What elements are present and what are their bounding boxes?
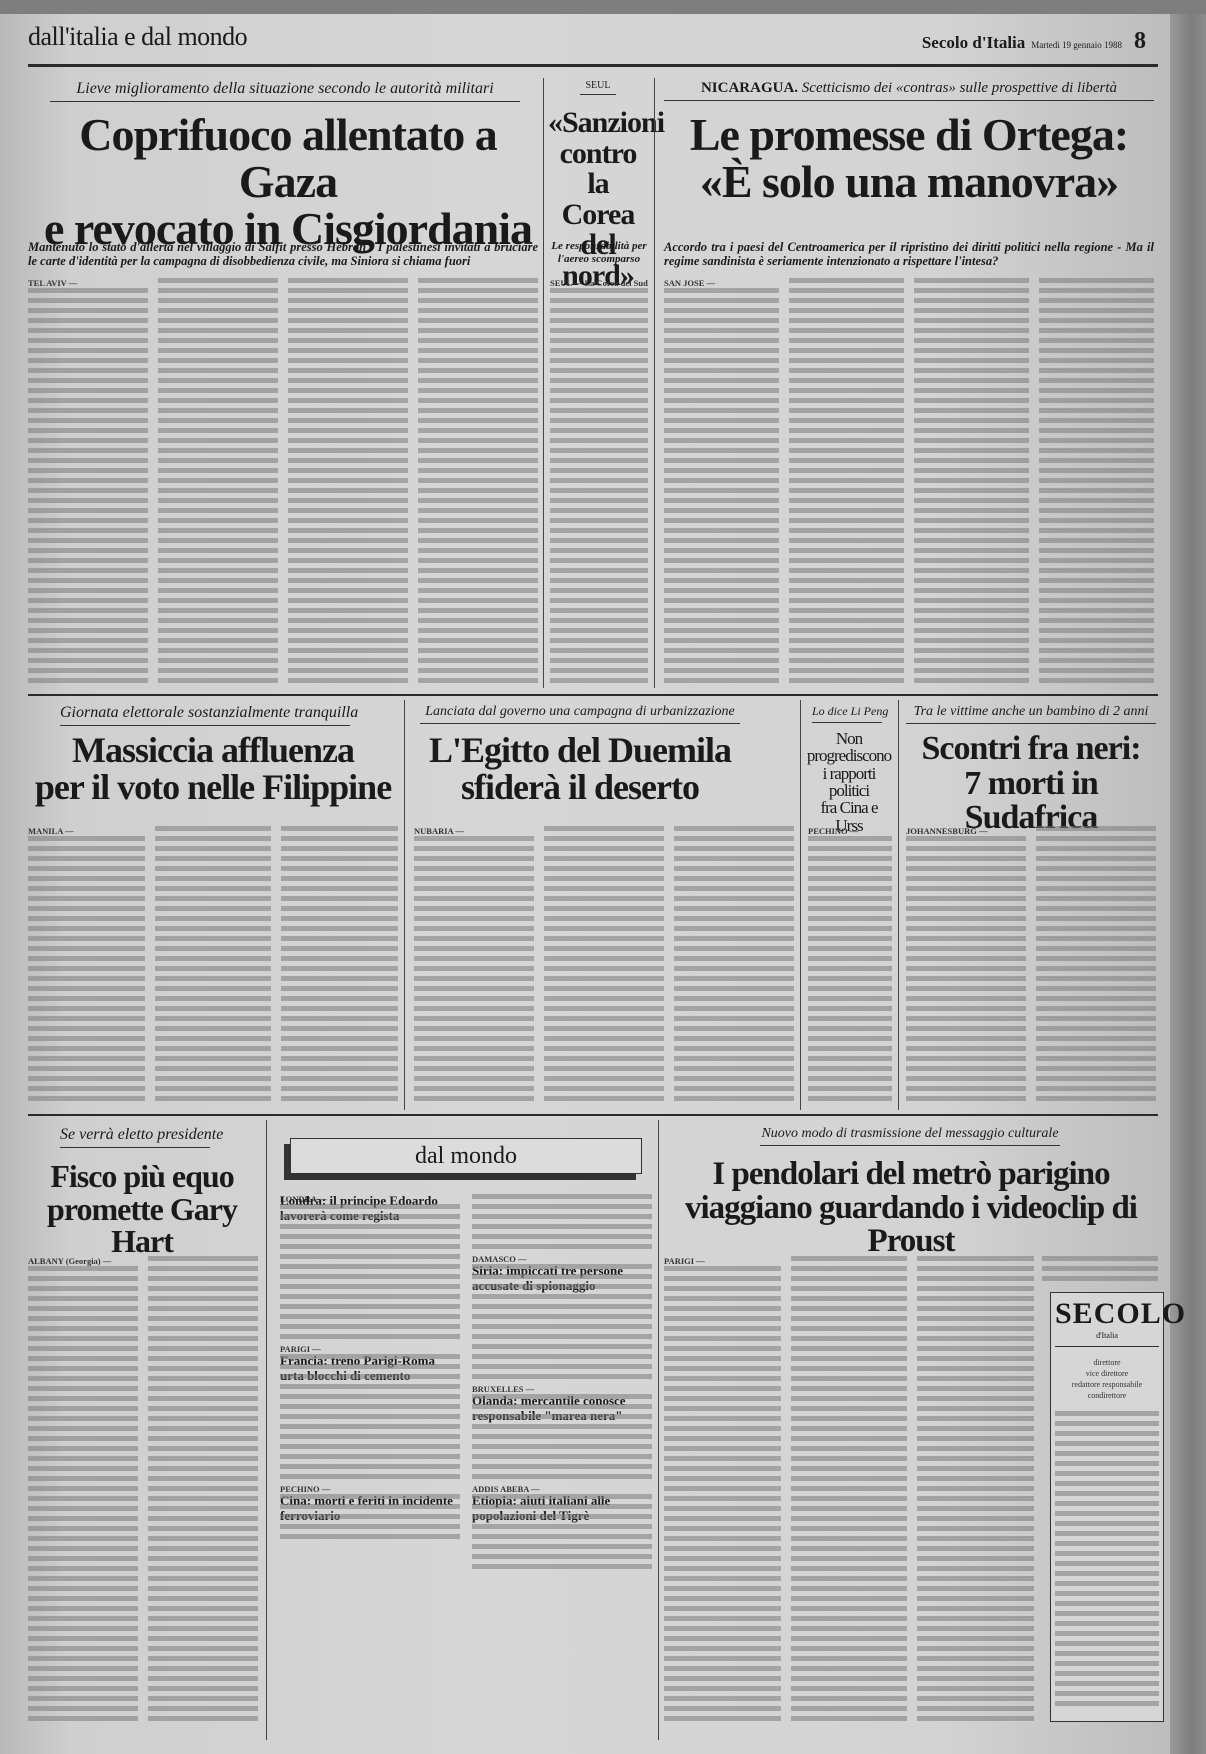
seul-dateline: SEUL — La Corea del Sud (550, 278, 648, 288)
egitto-headline-line2: sfiderà il deserto (410, 769, 750, 806)
column-divider (404, 700, 405, 1110)
masthead-name: SECOLO (1055, 1297, 1159, 1331)
header-rule (28, 64, 1158, 67)
gaza-headline: Coprifuoco allentato a Gaza e revocato i… (28, 112, 548, 253)
seul-headline-line3: la Corea (548, 169, 648, 230)
hart-column (148, 1256, 258, 1726)
dal-mondo-item-body: ADDIS ABEBA — (472, 1484, 652, 1574)
ortega-body: SAN JOSE — (664, 278, 1154, 688)
seul-column: SEUL — La Corea del Sud (550, 278, 648, 688)
cina-headline-line2: i rapporti (806, 765, 892, 782)
ortega-column (789, 278, 904, 688)
seul-headline-line2: contro (548, 139, 648, 170)
seul-headline-line1: «Sanzioni (548, 108, 648, 139)
cina-body: PECHINO — (808, 826, 892, 1106)
dal-mondo-header: dal mondo (290, 1138, 642, 1174)
cina-kicker: Lo dice Li Peng (812, 704, 882, 723)
proust-body: PARIGI — (664, 1256, 1034, 1726)
masthead-box: SECOLO d'Italia direttore vice direttore… (1050, 1292, 1164, 1722)
gaza-column (418, 278, 538, 688)
column-divider (543, 78, 544, 688)
gaza-column: TEL AVIV — (28, 278, 148, 688)
seul-kicker: SEUL (580, 80, 616, 95)
masthead-staff-role: condirettore (1055, 1390, 1159, 1401)
dal-mondo-item-body (472, 1194, 652, 1254)
gaza-body: TEL AVIV — (28, 278, 538, 688)
egitto-headline: L'Egitto del Duemila sfiderà il deserto (410, 732, 750, 805)
filippine-column (281, 826, 398, 1106)
gaza-headline-line1: Coprifuoco allentato a Gaza (28, 112, 548, 206)
filippine-kicker: Giornata elettorale sostanzialmente tran… (60, 704, 350, 726)
proust-kicker: Nuovo modo di trasmissione del messaggio… (760, 1126, 1060, 1146)
ortega-kicker: NICARAGUA. Scetticismo dei «contras» sul… (664, 80, 1154, 101)
gaza-column (158, 278, 278, 688)
proust-column (917, 1256, 1034, 1726)
column-divider (266, 1120, 267, 1740)
egitto-column: NUBARIA — (414, 826, 534, 1106)
masthead-staff-role: vice direttore (1055, 1368, 1159, 1379)
sudafrica-dateline: JOHANNESBURG — (906, 826, 987, 836)
hart-dateline: ALBANY (Georgia) — (28, 1256, 111, 1266)
proust-headline-line2: viaggiano guardando i videoclip di Prous… (664, 1192, 1158, 1259)
issue-date: Martedì 19 gennaio 1988 (1031, 40, 1122, 50)
hart-headline: Fisco più equo promette Gary Hart (22, 1160, 262, 1258)
section-title: dall'italia e dal mondo (28, 22, 247, 52)
column-divider (658, 1120, 659, 1740)
dal-mondo-item-body: BRUXELLES — (472, 1384, 652, 1484)
filippine-body: MANILA — (28, 826, 398, 1106)
ortega-column (1039, 278, 1154, 688)
ortega-dateline: SAN JOSE — (664, 278, 715, 288)
ortega-deck: Accordo tra i paesi del Centroamerica pe… (664, 240, 1154, 269)
egitto-column (544, 826, 664, 1106)
egitto-dateline: NUBARIA — (414, 826, 464, 836)
column-divider (654, 78, 655, 688)
sudafrica-column (1036, 826, 1156, 1106)
cina-dateline: PECHINO — (808, 826, 858, 836)
sudafrica-headline-line1: Scontri fra neri: (904, 732, 1158, 767)
scan-top-edge (0, 0, 1206, 14)
masthead-staff-role: redattore responsabile (1055, 1379, 1159, 1390)
hart-headline-line1: Fisco più equo (22, 1160, 262, 1193)
filippine-headline: Massiccia affluenza per il voto nelle Fi… (28, 732, 398, 805)
seul-deck: Le responsabilità per l'aereo scomparso (550, 240, 648, 265)
cina-column: PECHINO — (808, 826, 892, 1106)
hart-headline-line2: promette Gary Hart (22, 1193, 262, 1258)
gaza-kicker: Lieve miglioramento della situazione sec… (50, 80, 520, 102)
proust-column (1042, 1256, 1158, 1286)
filippine-headline-line2: per il voto nelle Filippine (28, 769, 398, 806)
masthead-fineprint (1055, 1411, 1159, 1711)
hart-column: ALBANY (Georgia) — (28, 1256, 138, 1726)
proust-column (791, 1256, 908, 1726)
ortega-kicker-label: NICARAGUA. (701, 80, 798, 96)
egitto-headline-line1: L'Egitto del Duemila (410, 732, 750, 769)
filippine-headline-line1: Massiccia affluenza (28, 732, 398, 769)
hart-body: ALBANY (Georgia) — (28, 1256, 258, 1726)
ortega-column (914, 278, 1029, 688)
dal-mondo-item-body: PARIGI — (280, 1344, 460, 1484)
cina-headline: Non progrediscono i rapporti politici fr… (806, 730, 892, 834)
hart-kicker: Se verrà eletto presidente (60, 1126, 210, 1148)
proust-headline-line1: I pendolari del metrò parigino (664, 1158, 1158, 1192)
sudafrica-column: JOHANNESBURG — (906, 826, 1026, 1106)
dal-mondo-col-left: Londra: il principe Edoardo lavorerà com… (280, 1194, 460, 1544)
filippine-dateline: MANILA — (28, 826, 74, 836)
publication-info: Secolo d'Italia Martedì 19 gennaio 1988 … (922, 28, 1146, 55)
masthead-staff-role: direttore (1055, 1357, 1159, 1368)
seul-body: SEUL — La Corea del Sud (550, 278, 648, 688)
filippine-column: MANILA — (28, 826, 145, 1106)
gaza-dateline: TEL AVIV — (28, 278, 77, 288)
dal-mondo-item-body: LONDRA — (280, 1194, 460, 1344)
page-fold-shadow (1170, 0, 1206, 1754)
cina-headline-line1: Non progrediscono (806, 730, 892, 765)
egitto-kicker: Lanciata dal governo una campagna di urb… (420, 704, 740, 724)
egitto-column (674, 826, 794, 1106)
dal-mondo-item-body: DAMASCO — (472, 1254, 652, 1384)
column-divider (898, 700, 899, 1110)
ortega-headline-line2: «È solo una manovra» (664, 159, 1154, 206)
sudafrica-body: JOHANNESBURG — (906, 826, 1156, 1106)
page-number: 8 (1134, 28, 1146, 55)
ortega-kicker-text: Scetticismo dei «contras» sulle prospett… (802, 80, 1117, 96)
proust-headline: I pendolari del metrò parigino viaggiano… (664, 1158, 1158, 1259)
gaza-column (288, 278, 408, 688)
proust-dateline: PARIGI — (664, 1256, 705, 1266)
ortega-column: SAN JOSE — (664, 278, 779, 688)
ortega-headline: Le promesse di Ortega: «È solo una manov… (664, 112, 1154, 206)
publication-name: Secolo d'Italia (922, 33, 1025, 53)
masthead-staff: direttore vice direttore redattore respo… (1055, 1357, 1159, 1401)
masthead-tagline: d'Italia (1055, 1331, 1159, 1347)
proust-column: PARIGI — (664, 1256, 781, 1726)
proust-body-end (1042, 1256, 1158, 1286)
ortega-headline-line1: Le promesse di Ortega: (664, 112, 1154, 159)
filippine-column (155, 826, 272, 1106)
gaza-deck: Mantenuto lo stato d'allerta nel villagg… (28, 240, 538, 269)
row-rule (28, 1114, 1158, 1116)
cina-headline-line3: politici (806, 782, 892, 799)
sudafrica-kicker: Tra le vittime anche un bambino di 2 ann… (906, 704, 1156, 724)
column-divider (800, 700, 801, 1110)
dal-mondo-col-right: Siria: impiccati tre persone accusate di… (472, 1194, 652, 1574)
egitto-body: NUBARIA — (414, 826, 794, 1106)
row-rule (28, 694, 1158, 696)
sudafrica-headline: Scontri fra neri: 7 morti in Sudafrica (904, 732, 1158, 836)
